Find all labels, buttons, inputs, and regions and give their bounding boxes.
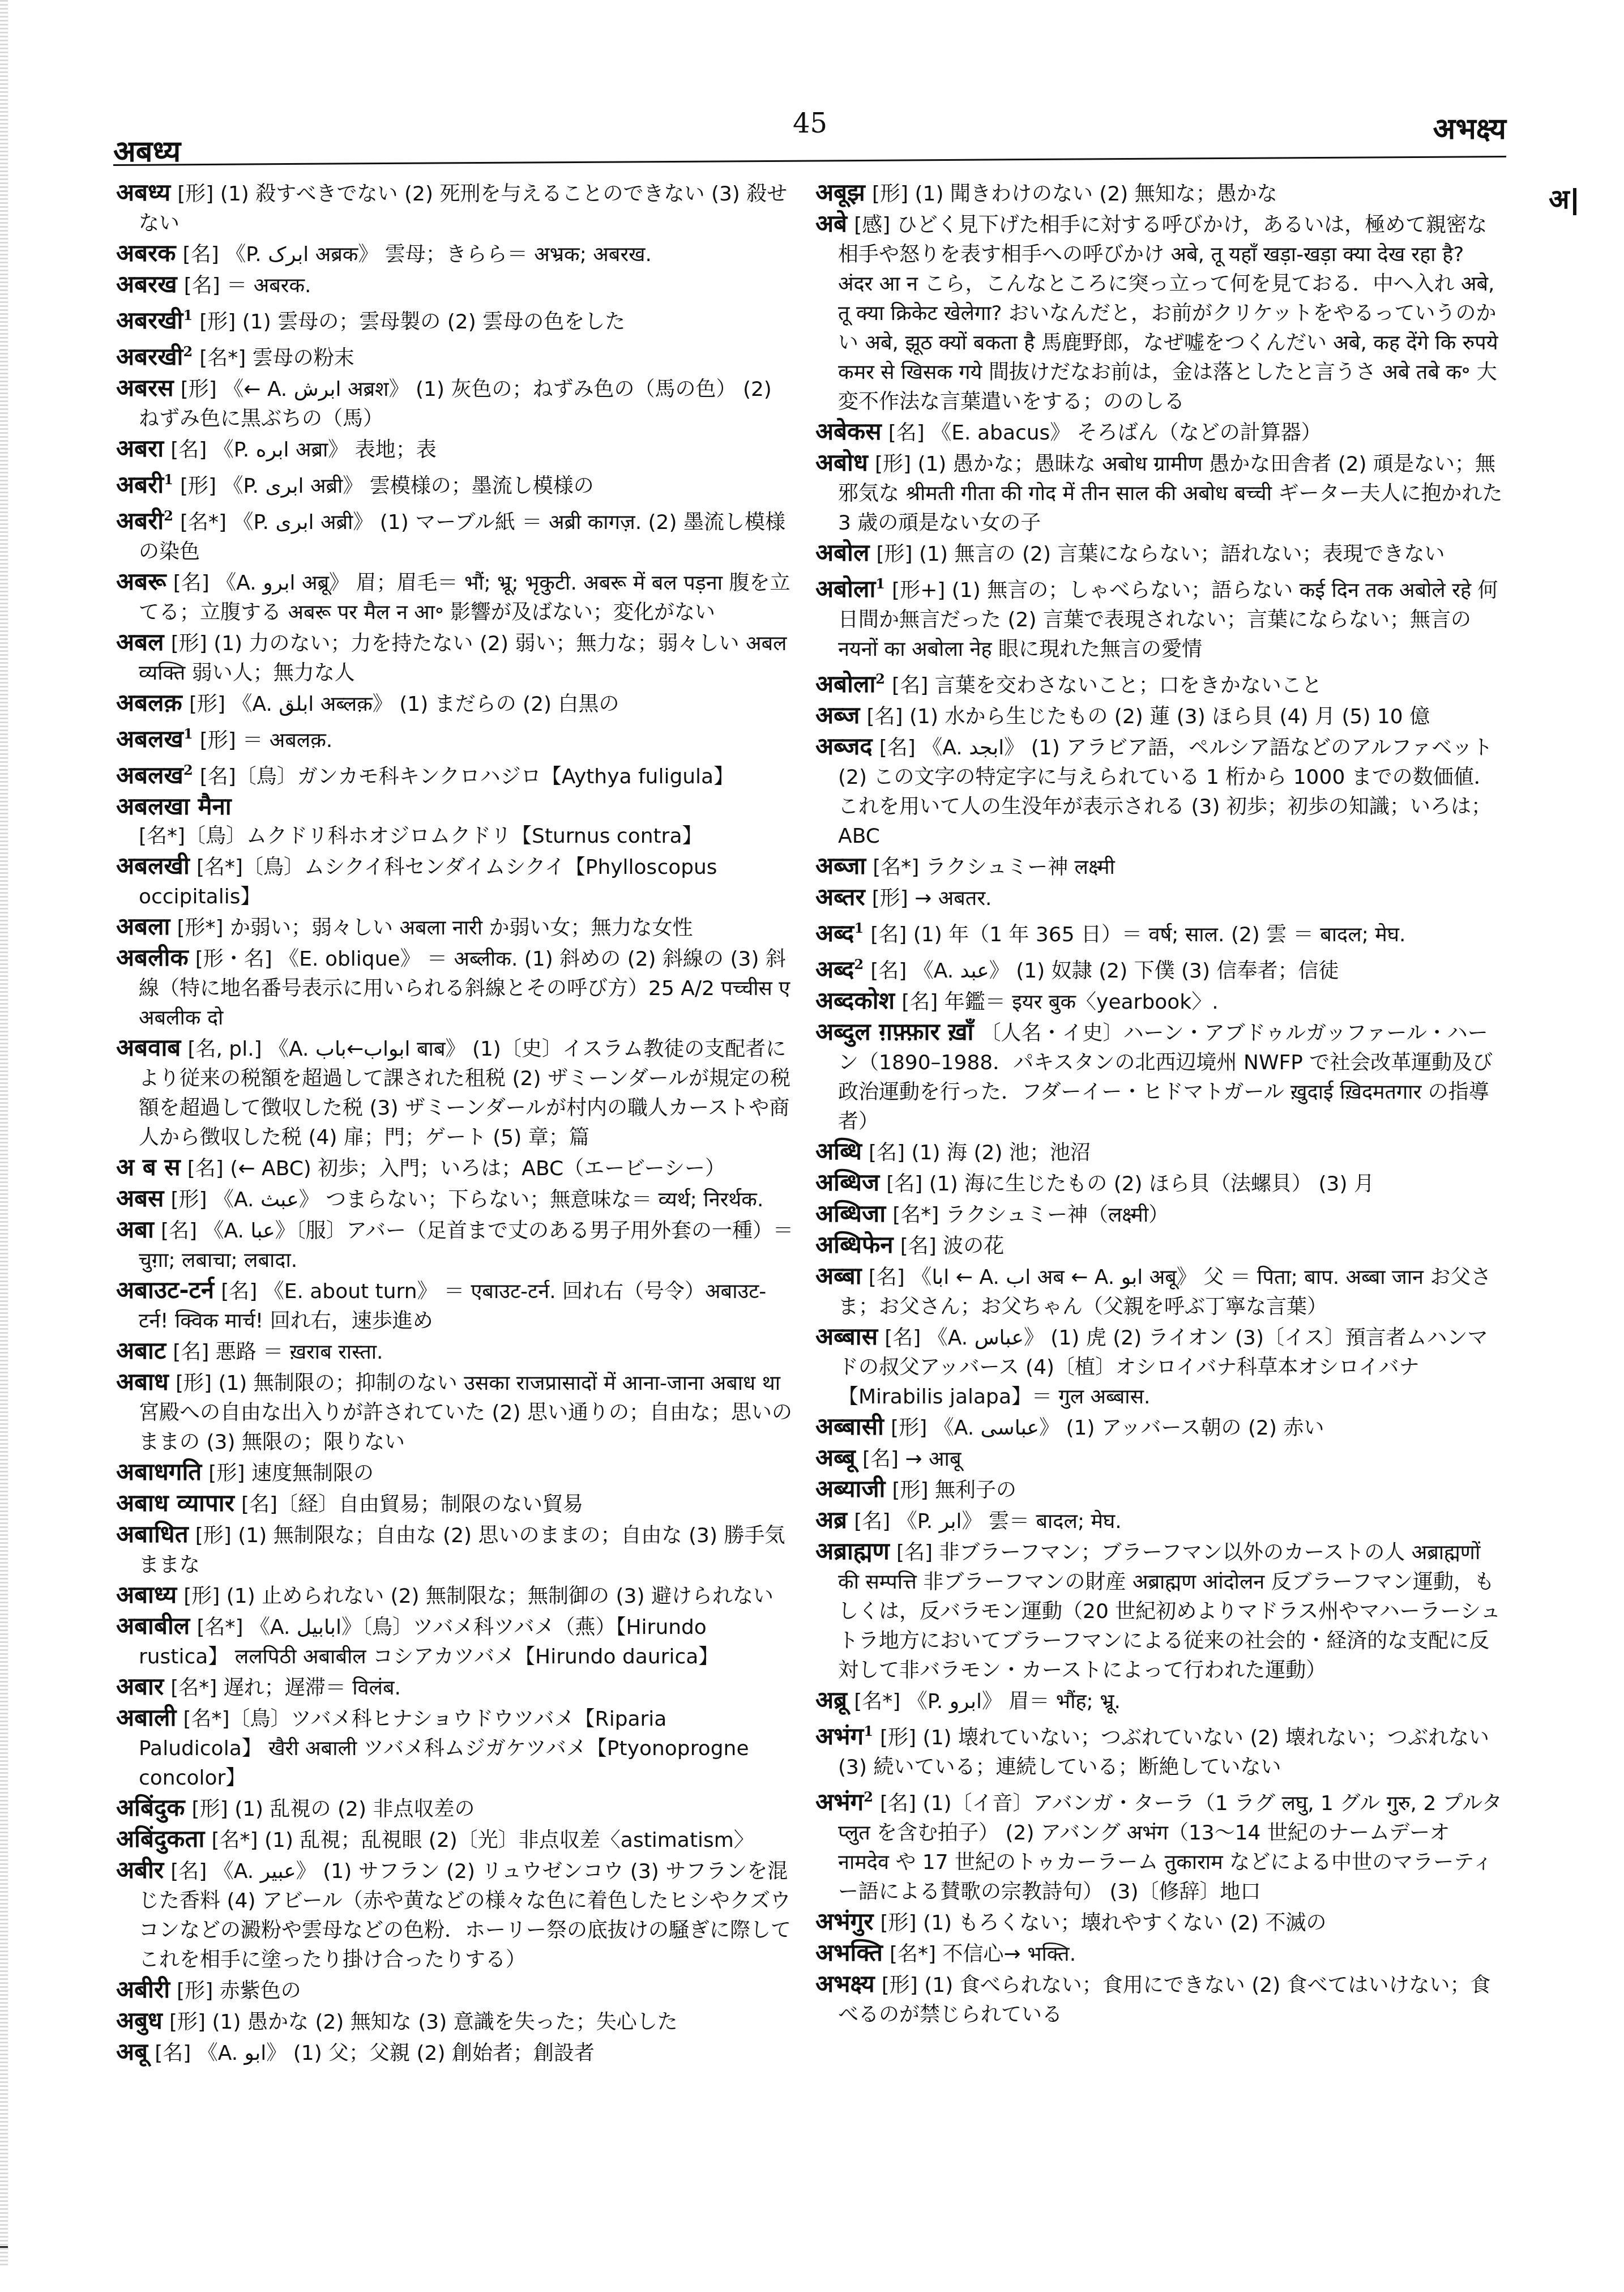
headword-text: अबाध [116, 1368, 169, 1395]
headword-text: अब्द [815, 955, 854, 983]
definition: [名]〔鳥〕ガンカモ科キンクロハジロ【Aythya fuligula】 [200, 765, 734, 788]
headword: अब्द2 [815, 955, 864, 983]
headword-text: अबिंदुकता [116, 1825, 204, 1853]
headword-text: अबरी [116, 507, 164, 535]
headword: अब्बू [815, 1444, 856, 1471]
headword-text: अबुध [116, 2007, 163, 2034]
headword-text: अबरखी [116, 343, 183, 370]
homograph-number: 1 [875, 575, 885, 592]
left-column: अबध्य [形] (1) 殺すべきでない (2) 死刑を与えることのできない … [116, 178, 796, 2069]
definition: [形] 《P. ابری अब्री》 雲模様の；墨流し模様の [180, 475, 594, 498]
headword-text: अभंगुर [815, 1907, 873, 1935]
headword: अबलक़ [116, 689, 182, 716]
headword-text: अब्धिज [815, 1168, 879, 1196]
dictionary-entry: अबाट [名] 悪路 ＝ ख़राब रास्ता. [116, 1337, 796, 1367]
definition: [名] 《A. ابرو अब्रू》 眉；眉毛＝ भौं; भ्रू; भृक… [139, 571, 790, 624]
headword-text: अब्बासी [815, 1412, 884, 1440]
dictionary-entry: अब्जा [名*] ラクシュミー神 लक्ष्मी [815, 852, 1503, 882]
dictionary-entry: अबलीक [形・名] 《E. oblique》 ＝ अब्लीक. (1) 斜… [116, 944, 796, 1032]
dictionary-entry: अबला [形*] か弱い；弱々しい अबला नारी か弱い女；無力な女性 [116, 912, 796, 942]
definition: [名] 《A. ابجد》 (1) アラビア語，ペルシア語などのアルファベット … [838, 736, 1494, 848]
headword: अब्दकोश [815, 987, 895, 1014]
definition: [形] (1) 無制限の；抑制のない उसका राजप्रासादों में… [139, 1372, 792, 1454]
headword-text: अबलीक [116, 944, 189, 971]
definition: [形・名] 《E. oblique》 ＝ अब्लीक. (1) 斜めの (2)… [139, 947, 790, 1030]
right-column: अबूझ [形] (1) 聞きわけのない (2) 無知な；愚かなअबे [感] … [815, 178, 1503, 2030]
headword: अबरस [116, 374, 174, 402]
headword: अबरी1 [116, 471, 173, 498]
dictionary-entry: अबरखी1 [形] (1) 雲母の；雲母製の (2) 雲母の色をした [116, 301, 796, 336]
homograph-number: 2 [864, 1789, 873, 1805]
dictionary-entry: अबवाब [名, pl.] 《A. ابواب←باب बाब》 (1)〔史〕… [116, 1034, 796, 1152]
dictionary-entry: अबोला1 [形+] (1) 無言の；しゃべらない；語らない कई दिन त… [815, 570, 1503, 664]
headword: अबिंदुक [116, 1794, 185, 1821]
dictionary-entry: अब्धि [名] (1) 海 (2) 池；池沼 [815, 1137, 1503, 1167]
definition: [名] 《A. عباس》 (1) 虎 (2) ライオン (3)〔イス〕預言者ム… [838, 1326, 1488, 1409]
headword: अबलखी [116, 852, 190, 880]
dictionary-entry: अबाध [形] (1) 無制限の；抑制のない उसका राजप्रासादो… [116, 1368, 796, 1457]
dictionary-entry: अबाउट-टर्न [名] 《E. about turn》 ＝ एबाउट-ट… [116, 1276, 796, 1335]
headword: अबाउट-टर्न [116, 1276, 214, 1304]
headword-text: अबध्य [116, 178, 170, 206]
headword: अबिंदुकता [116, 1825, 204, 1853]
dictionary-entry: अबुध [形] (1) 愚かな (2) 無知な (3) 意識を失った；失心した [116, 2007, 796, 2037]
definition: [名] 《P. ابر》 雲＝ बादल; मेघ. [854, 1510, 1122, 1533]
definition: [名, pl.] 《A. ابواب←باب बाब》 (1)〔史〕イスラム教徒… [139, 1038, 790, 1149]
headword-text: अबाबील [116, 1612, 190, 1640]
dictionary-entry: अभक्ष्य [形] (1) 食べられない；食用にできない (2) 食べてはい… [815, 1970, 1503, 2029]
headword: अबार [116, 1672, 164, 1700]
headword-text: अबरा [116, 434, 164, 462]
headword: अबरख [116, 270, 177, 298]
dictionary-entry: अबरख [名] ＝ अबरक. [116, 270, 796, 300]
headword-text: अबला [116, 912, 170, 940]
headword-text: अब्तर [815, 883, 865, 911]
dictionary-entry: अभक्ति [名*] 不信心→ भक्ति. [815, 1939, 1503, 1969]
homograph-number: 1 [864, 1723, 873, 1739]
headword-text: अब्दुल ग़फ़्फ़ार ख़ाँ [815, 1018, 973, 1045]
headword: अबोला1 [815, 575, 885, 603]
headword-text: अभक्ष्य [815, 1970, 875, 1998]
headword-text: अबलख [116, 725, 183, 753]
definition: [名*] (1) 乱視；乱視眼 (2)〔光〕非点収差〈astimatism〉 [211, 1829, 754, 1852]
headword: अबवाब [116, 1034, 181, 1061]
headword: अभक्ति [815, 1939, 883, 1966]
dictionary-entry: अबोला2 [名] 言葉を交わさないこと；口をきかないこと [815, 665, 1503, 700]
definition: [形] (1) 食べられない；食用にできない (2) 食べてはいけない；食べるの… [838, 1974, 1491, 2026]
dictionary-entry: अबार [名*] 遅れ；遅滞＝ विलंब. [116, 1672, 796, 1702]
homograph-number: 2 [183, 762, 193, 778]
definition: [名] 《E. about turn》 ＝ एबाउट-टर्न. 回れ右（号令… [139, 1280, 766, 1333]
headword: अबीरी [116, 1975, 170, 2003]
homograph-number: 1 [183, 725, 193, 742]
definition: [名] → आबू [862, 1448, 961, 1471]
dictionary-entry: अब्बासी [形] 《A. عباسی》 (1) アッバース朝の (2) 赤… [815, 1412, 1503, 1442]
headword: अब्बा [815, 1262, 862, 1290]
dictionary-entry: अबस [形] 《A. عبث》 つまらない；下らない；無意味な＝ व्यर्थ… [116, 1184, 796, 1214]
dictionary-entry: अब्बास [名] 《A. عباس》 (1) 虎 (2) ライオン (3)〔… [815, 1322, 1503, 1411]
dictionary-entry: अब्रू [名*] 《P. ابرو》 眉＝ भौंह; भ्रू. [815, 1686, 1503, 1716]
headword: अब्राह्मण [815, 1537, 890, 1565]
definition: [名] (1) 年（1 年 365 日）＝ वर्ष; साल. (2) 雲 ＝… [870, 923, 1405, 946]
definition: [名] 《A. عبد》 (1) 奴隷 (2) 下僕 (3) 信奉者；信徒 [870, 959, 1339, 983]
definition: [形] 《← A. ابرش अब्रश》 (1) 灰色の；ねずみ色の（馬の色）… [139, 378, 772, 430]
headword-text: अबीरी [116, 1975, 170, 2003]
headword: अब्ज [815, 701, 860, 729]
headword-text: अबोध [815, 449, 868, 476]
definition: [名] (1)〔イ音〕アバンガ・ターラ（1 ラグ लघु, 1 グル गुरु,… [838, 1792, 1502, 1903]
headword-text: अबाउट-टर्न [116, 1276, 214, 1304]
dictionary-entry: अबूझ [形] (1) 聞きわけのない (2) 無知な；愚かな [815, 178, 1503, 208]
headword-text: अबवाब [116, 1034, 181, 1061]
dictionary-entry: अबरक [名] 《P. ابرک अब्रक》 雲母；きらら＝ अभ्रक; … [116, 239, 796, 269]
headword: अब्धिफेन [815, 1231, 894, 1258]
headword-text: अबाधित [116, 1520, 189, 1548]
definition: [名] (← ABC) 初歩；入門；いろは；ABC（エービーシー） [187, 1157, 725, 1180]
definition: [形] (1) 止められない (2) 無制限な；無制御の (3) 避けられない [183, 1585, 773, 1608]
dictionary-entry: अब्जद [名] 《A. ابجد》 (1) アラビア語，ペルシア語などのアル… [815, 732, 1503, 851]
definition: [名*] 《P. ابری अब्री》 (1) マーブル紙 ＝ अब्री क… [139, 511, 785, 564]
definition: [名] 年鑑＝ इयर बुक〈yearbook〉. [901, 991, 1218, 1014]
definition: [名] (1) 海 (2) 池；池沼 [869, 1141, 1091, 1164]
headword-text: अब्जद [815, 732, 873, 760]
dictionary-entry: अबाध्य [形] (1) 止められない (2) 無制限な；無制御の (3) … [116, 1581, 796, 1611]
headword-text: अबेकस [815, 417, 882, 445]
dictionary-entry: अब्तर [形] → अबतर. [815, 883, 1503, 913]
headword-text: अब्राह्मण [815, 1537, 890, 1565]
headword-text: अब्याजी [815, 1475, 885, 1503]
headword-text: अबे [815, 210, 847, 237]
headword: अभंग1 [815, 1722, 873, 1750]
definition: [名] ＝ अबरक. [184, 274, 311, 297]
headword-text: अब्धिफेन [815, 1231, 894, 1258]
headword-text: अबरखी [116, 306, 183, 334]
headword: अबोला2 [815, 670, 885, 698]
definition: [名] 《A. عبیر》 (1) サフラン (2) リュウゼンコウ (3) サ… [139, 1860, 791, 1971]
dictionary-entry: अबरू [名] 《A. ابرو अब्रू》 眉；眉毛＝ भौं; भ्रू… [116, 567, 796, 627]
headword: अबुध [116, 2007, 163, 2034]
headword: अभंगुर [815, 1907, 873, 1935]
headword: अबोल [815, 539, 869, 566]
headword-text: अबल [116, 628, 164, 656]
dictionary-entry: अब्दकोश [名] 年鑑＝ इयर बुक〈yearbook〉. [815, 987, 1503, 1017]
homograph-number: 1 [183, 307, 193, 323]
definition: [名] 《ابا ← A. اب अब ← A. ابو अबू》 父 ＝ पि… [838, 1266, 1491, 1318]
headword-text: अब्बास [815, 1322, 878, 1350]
headword-text: अब्ज [815, 701, 860, 729]
headword-text: अब्दकोश [815, 987, 895, 1014]
headword: अबलखा मैना [116, 792, 232, 820]
headword: अब्धिज [815, 1168, 879, 1196]
headword: अबू [116, 2038, 148, 2065]
scan-edge-artifact [0, 0, 8, 2265]
headword: अबाबील [116, 1612, 190, 1640]
definition: [感] ひどく見下げた相手に対する呼びかけ，あるいは，極めて親密な相手や怒りを表… [838, 214, 1498, 413]
headword: अब्जद [815, 732, 873, 760]
headword: अबाली [116, 1704, 176, 1731]
headword: अबस [116, 1184, 164, 1212]
dictionary-entry: अबरखी2 [名*] 雲母の粉末 [116, 338, 796, 373]
headword: अबलख1 [116, 725, 193, 753]
definition: [形] 赤紫色の [177, 1979, 301, 2003]
headword-text: अभंग [815, 1722, 864, 1750]
definition: [形] (1) 無制限な；自由な (2) 思いのままの；自由な (3) 勝手気ま… [139, 1524, 785, 1577]
headword-text: अबाली [116, 1704, 176, 1731]
headword-text: अबा [116, 1215, 154, 1243]
headword-text: अभंग [815, 1788, 864, 1816]
homograph-number: 2 [875, 671, 885, 687]
homograph-number: 1 [854, 920, 864, 936]
definition: [形] (1) 壊れていない；つぶれていない (2) 壊れない；つぶれない (3… [838, 1726, 1489, 1779]
dictionary-entry: अबेकस [名] 《E. abacus》 そろばん（などの計算器） [815, 417, 1503, 447]
headword-text: अबलख [116, 761, 183, 789]
headword-text: अबस [116, 1184, 164, 1212]
definition: [名] (1) 海に生じたもの (2) ほら貝（法螺貝） (3) 月 [886, 1172, 1374, 1196]
definition: [形] 《A. عبث》 つまらない；下らない；無意味な＝ व्यर्थ; नि… [171, 1188, 764, 1211]
definition: [形] 《A. ابلق अब्लक़》 (1) まだらの (2) 白黒の [189, 693, 619, 716]
headword-text: अबाधगति [116, 1458, 202, 1486]
headword: अब्दुल ग़फ़्फ़ार ख़ाँ [815, 1018, 973, 1045]
headword-text: अबोला [815, 575, 875, 603]
definition: [名*] 《P. ابرو》 眉＝ भौंह; भ्रू. [854, 1690, 1121, 1713]
dictionary-entry: अबीरी [形] 赤紫色の [116, 1975, 796, 2005]
dictionary-entry: अबू [名] 《A. ابو》 (1) 父；父親 (2) 創始者；創設者 [116, 2038, 796, 2068]
definition: [形] (1) 力のない；力を持たない (2) 弱い；無力な；弱々しい अबल … [139, 632, 787, 685]
definition: [名*] 遅れ；遅滞＝ विलंब. [170, 1676, 401, 1700]
headword: अबेकस [815, 417, 882, 445]
dictionary-entry: अब्बा [名] 《ابا ← A. اب अब ← A. ابو अबू》 … [815, 1262, 1503, 1321]
dictionary-entry: अबिंदुक [形] (1) 乱視の (2) 非点収差の [116, 1794, 796, 1824]
headword: अब्बास [815, 1322, 878, 1350]
headword: अब्बासी [815, 1412, 884, 1440]
dictionary-entry: अबे [感] ひどく見下げた相手に対する呼びかけ，あるいは，極めて親密な相手や… [815, 210, 1503, 416]
definition: [形] (1) 雲母の；雲母製の (2) 雲母の色をした [199, 310, 625, 334]
definition: [形] ＝ अबलक़. [200, 729, 333, 752]
headword-text: अब्रू [815, 1686, 847, 1714]
headword-text: अबलखी [116, 852, 190, 880]
headword-text: अबलक़ [116, 689, 182, 716]
headword: अबोध [815, 449, 868, 476]
dictionary-entry: अबरस [形] 《← A. ابرش अब्रश》 (1) 灰色の；ねずみ色の… [116, 374, 796, 433]
definition: [形] (1) 殺すべきでない (2) 死刑を与えることのできない (3) 殺せ… [139, 182, 787, 235]
dictionary-entry: अबा [名] 《A. عبا》〔服〕アバー（足首まで丈のある男子用外套の一種）… [116, 1215, 796, 1275]
definition: [名]〔経〕自由貿易；制限のない貿易 [241, 1493, 583, 1516]
headword: अभक्ष्य [815, 1970, 875, 1998]
definition: [名*]〔鳥〕ムシクイ科センダイムシクイ【Phylloscopus occipi… [139, 856, 717, 908]
headword: अबलीक [116, 944, 189, 971]
page-number: 45 [793, 108, 827, 139]
headword: अब्जा [815, 852, 866, 880]
dictionary-entry: अबरा [名] 《P. ابره अब्रा》 表地；表 [116, 434, 796, 464]
dictionary-entry: अभंगुर [形] (1) もろくない；壊れやすくない (2) 不滅の [815, 1907, 1503, 1937]
headword: अब्धि [815, 1137, 862, 1165]
dictionary-entry: अभंग2 [名] (1)〔イ音〕アバンガ・ターラ（1 ラグ लघु, 1 グル… [815, 1783, 1503, 1906]
headword: अबध्य [116, 178, 170, 206]
dictionary-entry: अबलखी [名*]〔鳥〕ムシクイ科センダイムシクイ【Phylloscopus … [116, 852, 796, 911]
headword: अब्द1 [815, 919, 864, 947]
headword: अबरा [116, 434, 164, 462]
dictionary-entry: अबध्य [形] (1) 殺すべきでない (2) 死刑を与えることのできない … [116, 178, 796, 238]
headword-text: अबूझ [815, 178, 865, 206]
definition: [名] 非ブラーフマン；ブラーフマン以外のカーストの人 अब्राह्मणों … [838, 1541, 1501, 1682]
headword: अबाध व्यापार [116, 1489, 234, 1517]
definition: [形] → अबतर. [872, 887, 992, 910]
definition: [名*] 《A. ابابیل》〔鳥〕ツバメ科ツバメ（燕）【Hirundo ru… [139, 1616, 719, 1668]
headword-text: अबरू [116, 567, 166, 595]
headword: अबला [116, 912, 170, 940]
dictionary-entry: अबीर [名] 《A. عبیر》 (1) サフラン (2) リュウゼンコウ … [116, 1856, 796, 1974]
headword: अबे [815, 210, 847, 237]
dictionary-entry: अभंग1 [形] (1) 壊れていない；つぶれていない (2) 壊れない；つぶ… [815, 1717, 1503, 1782]
dictionary-entry: अबलखा मैना [名*]〔鳥〕ムクドリ科ホオジロムクドリ【Sturnus … [116, 792, 796, 851]
dictionary-entry: अबाध व्यापार [名]〔経〕自由貿易；制限のない貿易 [116, 1489, 796, 1519]
thumb-index-bar [1573, 188, 1576, 215]
dictionary-entry: अबलख2 [名]〔鳥〕ガンカモ科キンクロハジロ【Aythya fuligula… [116, 756, 796, 791]
definition: [名] 《A. عبا》〔服〕アバー（足首まで丈のある男子用外套の一種）＝ चु… [139, 1219, 793, 1272]
dictionary-entry: अबाली [名*]〔鳥〕ツバメ科ヒナショウドウツバメ【Riparia Palu… [116, 1704, 796, 1792]
headword: अब्तर [815, 883, 865, 911]
definition: [名] 言葉を交わさないこと；口をきかないこと [892, 674, 1322, 697]
headword: अब्र [815, 1506, 847, 1534]
headword: अबलख2 [116, 761, 193, 789]
headword-text: अबोला [815, 670, 875, 698]
dictionary-entry: अब्ज [名] (1) 水から生じたもの (2) 蓮 (3) ほら貝 (4) … [815, 701, 1503, 731]
definition: [形] (1) 無言の (2) 言葉にならない；語れない；表現できない [877, 543, 1445, 566]
headword: अबीर [116, 1856, 164, 1884]
dictionary-entry: अब्दुल ग़फ़्फ़ार ख़ाँ 〔人名・イ史〕ハーン・アブドゥルガッ… [815, 1018, 1503, 1136]
headword-text: अभक्ति [815, 1939, 883, 1966]
headword: अबाट [116, 1337, 166, 1364]
headword-text: अब्धिजा [815, 1200, 886, 1227]
headword-text: अबाट [116, 1337, 166, 1364]
dictionary-entry: अबाबील [名*] 《A. ابابیل》〔鳥〕ツバメ科ツバメ（燕）【Hir… [116, 1612, 796, 1671]
dictionary-entry: अबलख1 [形] ＝ अबलक़. [116, 720, 796, 755]
definition: [名] 《E. abacus》 そろばん（などの計算器） [888, 421, 1322, 445]
dictionary-entry: अबाधगति [形] 速度無制限の [116, 1458, 796, 1488]
dictionary-entry: अब्धिफेन [名] 波の花 [815, 1231, 1503, 1261]
headword-text: अब्धि [815, 1137, 862, 1165]
scan-edge-tick [0, 2246, 8, 2248]
definition: [形] (1) 愚かな；愚昧な अबोध ग्रामीण 愚かな田舎者 (2) … [838, 453, 1502, 535]
definition: [形] 速度無制限の [208, 1462, 374, 1485]
headword: अब्धिजा [815, 1200, 886, 1227]
dictionary-entry: अब्बू [名] → आबू [815, 1444, 1503, 1474]
homograph-number: 2 [183, 343, 193, 360]
headword-text: अबरी [116, 471, 164, 498]
dictionary-entry: अबलक़ [形] 《A. ابلق अब्लक़》 (1) まだらの (2) … [116, 689, 796, 719]
definition: [形] (1) 愚かな (2) 無知な (3) 意識を失った；失心した [169, 2011, 678, 2034]
dictionary-entry: अबाधित [形] (1) 無制限な；自由な (2) 思いのままの；自由な (… [116, 1520, 796, 1580]
headword: अबरी2 [116, 507, 173, 535]
definition: [名*] 不信心→ भक्ति. [890, 1943, 1076, 1966]
definition: [形] (1) もろくない；壊れやすくない (2) 不滅の [881, 1911, 1327, 1935]
definition: [形] (1) 乱視の (2) 非点収差の [192, 1798, 475, 1821]
dictionary-entry: अब्धिज [名] (1) 海に生じたもの (2) ほら貝（法螺貝） (3) … [815, 1168, 1503, 1198]
dictionary-entry: अबरी1 [形] 《P. ابری अब्री》 雲模様の；墨流し模様の [116, 466, 796, 501]
headword: अबाध [116, 1368, 169, 1395]
headword-text: अबाध्य [116, 1581, 177, 1608]
dictionary-entry: अब्राह्मण [名] 非ブラーフマン；ブラーフマン以外のカーストの人 अब… [815, 1537, 1503, 1685]
dictionary-entry: अब्धिजा [名*] ラクシュミー神（लक्ष्मी） [815, 1200, 1503, 1230]
headword-text: अबरक [116, 239, 176, 267]
guide-word-right: अभक्ष्य [1433, 108, 1506, 148]
definition: [形+] (1) 無言の；しゃべらない；語らない कई दिन तक अबोले… [838, 579, 1498, 661]
headword: अबरखी2 [116, 343, 193, 370]
definition: [名] 《A. ابو》 (1) 父；父親 (2) 創始者；創設者 [155, 2042, 595, 2065]
headword: अभंग2 [815, 1788, 873, 1816]
headword-text: अब्र [815, 1506, 847, 1534]
definition: [名] (1) 水から生じたもの (2) 蓮 (3) ほら貝 (4) 月 (5)… [866, 705, 1430, 728]
page-header: अबध्य 45 अभक्ष्य [113, 108, 1506, 176]
headword-text: अबीर [116, 1856, 164, 1884]
homograph-number: 2 [164, 507, 173, 524]
dictionary-entry: अबल [形] (1) 力のない；力を持たない (2) 弱い；無力な；弱々しい … [116, 628, 796, 688]
headword-text: अब्द [815, 919, 854, 947]
dictionary-entry: अब्र [名] 《P. ابر》 雲＝ बादल; मेघ. [815, 1506, 1503, 1536]
definition: [形*] か弱い；弱々しい अबला नारी か弱い女；無力な女性 [177, 916, 693, 940]
definition: [名*]〔鳥〕ツバメ科ヒナショウドウツバメ【Riparia Paludicola… [139, 1708, 749, 1790]
definition: [名*] ラクシュミー神 लक्ष्मी [873, 856, 1115, 879]
dictionary-entry: अबोध [形] (1) 愚かな；愚昧な अबोध ग्रामीण 愚かな田舎者… [815, 449, 1503, 537]
definition: [名*] ラクシュミー神（लक्ष्मी） [892, 1203, 1169, 1227]
headword: अ ब स [116, 1153, 181, 1181]
definition: [名*]〔鳥〕ムクドリ科ホオジロムクドリ【Sturnus contra】 [139, 825, 703, 848]
definition: [名*] 雲母の粉末 [199, 347, 354, 370]
headword: अबल [116, 628, 164, 656]
headword: अबाधगति [116, 1458, 202, 1486]
definition: [形] (1) 聞きわけのない (2) 無知な；愚かな [872, 182, 1277, 206]
definition: [形] 無利子の [892, 1479, 1017, 1502]
headword: अबरखी1 [116, 306, 193, 334]
headword-text: अबाध व्यापार [116, 1489, 234, 1517]
dictionary-entry: अबरी2 [名*] 《P. ابری अब्री》 (1) マーブル紙 ＝ अ… [116, 502, 796, 566]
definition: [形] 《A. عباسی》 (1) アッバース朝の (2) 赤い [891, 1416, 1324, 1440]
homograph-number: 1 [164, 471, 173, 488]
headword: अबाधित [116, 1520, 189, 1548]
dictionary-entry: अबिंदुकता [名*] (1) 乱視；乱視眼 (2)〔光〕非点収差〈ast… [116, 1825, 796, 1855]
definition: [名] 悪路 ＝ ख़राब रास्ता. [173, 1341, 383, 1364]
headword: अबरू [116, 567, 166, 595]
headword-text: अब्बा [815, 1262, 862, 1290]
dictionary-entry: अब्याजी [形] 無利子の [815, 1475, 1503, 1505]
definition: [名] 波の花 [900, 1235, 1005, 1258]
headword-text: अब्जा [815, 852, 866, 880]
headword-text: अब्बू [815, 1444, 856, 1471]
headword: अबाध्य [116, 1581, 177, 1608]
definition: [名] 《P. ابره अब्रा》 表地；表 [170, 438, 437, 462]
dictionary-entry: अब्द2 [名] 《A. عبد》 (1) 奴隷 (2) 下僕 (3) 信奉者… [815, 950, 1503, 985]
headword: अब्याजी [815, 1475, 885, 1503]
definition: [名] 《P. ابرک अब्रक》 雲母；きらら＝ अभ्रक; अबरख. [183, 243, 652, 266]
headword: अबूझ [815, 178, 865, 206]
headword-text: अबलखा मैना [116, 792, 232, 820]
thumb-index: अ [1549, 180, 1576, 217]
headword: अबा [116, 1215, 154, 1243]
headword-text: अ ब स [116, 1153, 181, 1181]
headword-text: अबरख [116, 270, 177, 298]
dictionary-entry: अब्द1 [名] (1) 年（1 年 365 日）＝ वर्ष; साल. (… [815, 914, 1503, 949]
dictionary-entry: अबोल [形] (1) 無言の (2) 言葉にならない；語れない；表現できない [815, 539, 1503, 569]
headword: अब्रू [815, 1686, 847, 1714]
homograph-number: 2 [854, 956, 864, 972]
headword-text: अबोल [815, 539, 869, 566]
headword-text: अबरस [116, 374, 174, 402]
headword: अबरक [116, 239, 176, 267]
headword-text: अबिंदुक [116, 1794, 185, 1821]
thumb-index-letter: अ [1549, 183, 1570, 215]
headword-text: अबू [116, 2038, 148, 2065]
headword-text: अबार [116, 1672, 164, 1700]
